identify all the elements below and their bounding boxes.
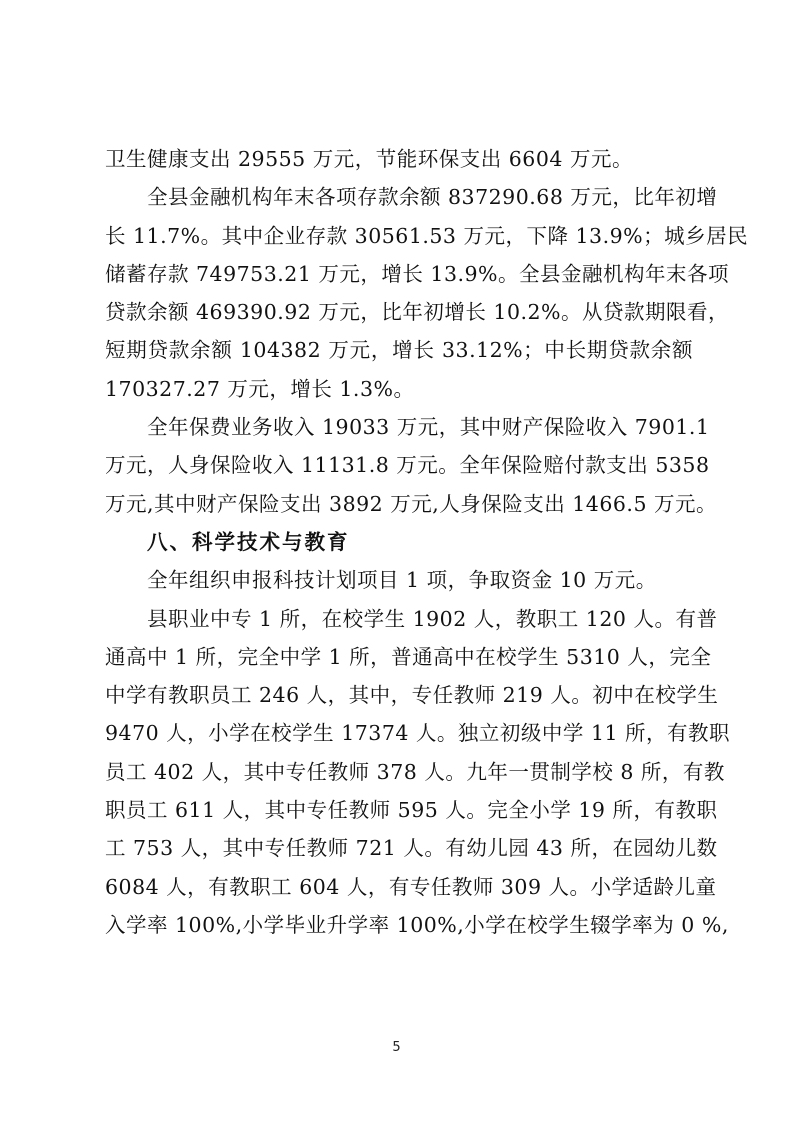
text-line: 通高中 1 所，完全中学 1 所，普通高中在校学生 5310 人，完全 (105, 638, 693, 676)
text-line: 9470 人，小学在校学生 17374 人。独立初级中学 11 所，有教职 (105, 714, 693, 752)
text-line: 全县金融机构年末各项存款余额 837290.68 万元，比年初增 (105, 178, 693, 216)
text-line: 短期贷款余额 104382 万元，增长 33.12%；中长期贷款余额 (105, 331, 693, 369)
text-line: 万元，人身保险收入 11131.8 万元。全年保险赔付款支出 5358 (105, 446, 693, 484)
text-line: 贷款余额 469390.92 万元，比年初增长 10.2%。从贷款期限看， (105, 293, 693, 331)
text-line: 入学率 100%,小学毕业升学率 100%,小学在校学生辍学率为 0 %, (105, 906, 693, 944)
text-line: 长 11.7%。其中企业存款 30561.53 万元，下降 13.9%；城乡居民 (105, 217, 693, 255)
section-heading: 八、科学技术与教育 (105, 523, 693, 561)
text-line: 职员工 611 人，其中专任教师 595 人。完全小学 19 所，有教职 (105, 791, 693, 829)
page-number: 5 (0, 1040, 793, 1055)
document-body: 卫生健康支出 29555 万元，节能环保支出 6604 万元。 全县金融机构年末… (105, 140, 693, 944)
text-line: 万元,其中财产保险支出 3892 万元,人身保险支出 1466.5 万元。 (105, 485, 693, 523)
text-line: 全年保费业务收入 19033 万元，其中财产保险收入 7901.1 (105, 408, 693, 446)
text-line: 6084 人，有教职工 604 人，有专任教师 309 人。小学适龄儿童 (105, 868, 693, 906)
text-line: 工 753 人，其中专任教师 721 人。有幼儿园 43 所，在园幼儿数 (105, 829, 693, 867)
text-line: 县职业中专 1 所，在校学生 1902 人，教职工 120 人。有普 (105, 600, 693, 638)
text-line: 170327.27 万元，增长 1.3%。 (105, 370, 693, 408)
text-line: 中学有教职员工 246 人，其中，专任教师 219 人。初中在校学生 (105, 676, 693, 714)
document-page: 卫生健康支出 29555 万元，节能环保支出 6604 万元。 全县金融机构年末… (0, 0, 793, 1122)
text-line: 员工 402 人，其中专任教师 378 人。九年一贯制学校 8 所，有教 (105, 753, 693, 791)
text-line: 卫生健康支出 29555 万元，节能环保支出 6604 万元。 (105, 140, 693, 178)
text-line: 全年组织申报科技计划项目 1 项，争取资金 10 万元。 (105, 561, 693, 599)
text-line: 储蓄存款 749753.21 万元，增长 13.9%。全县金融机构年末各项 (105, 255, 693, 293)
